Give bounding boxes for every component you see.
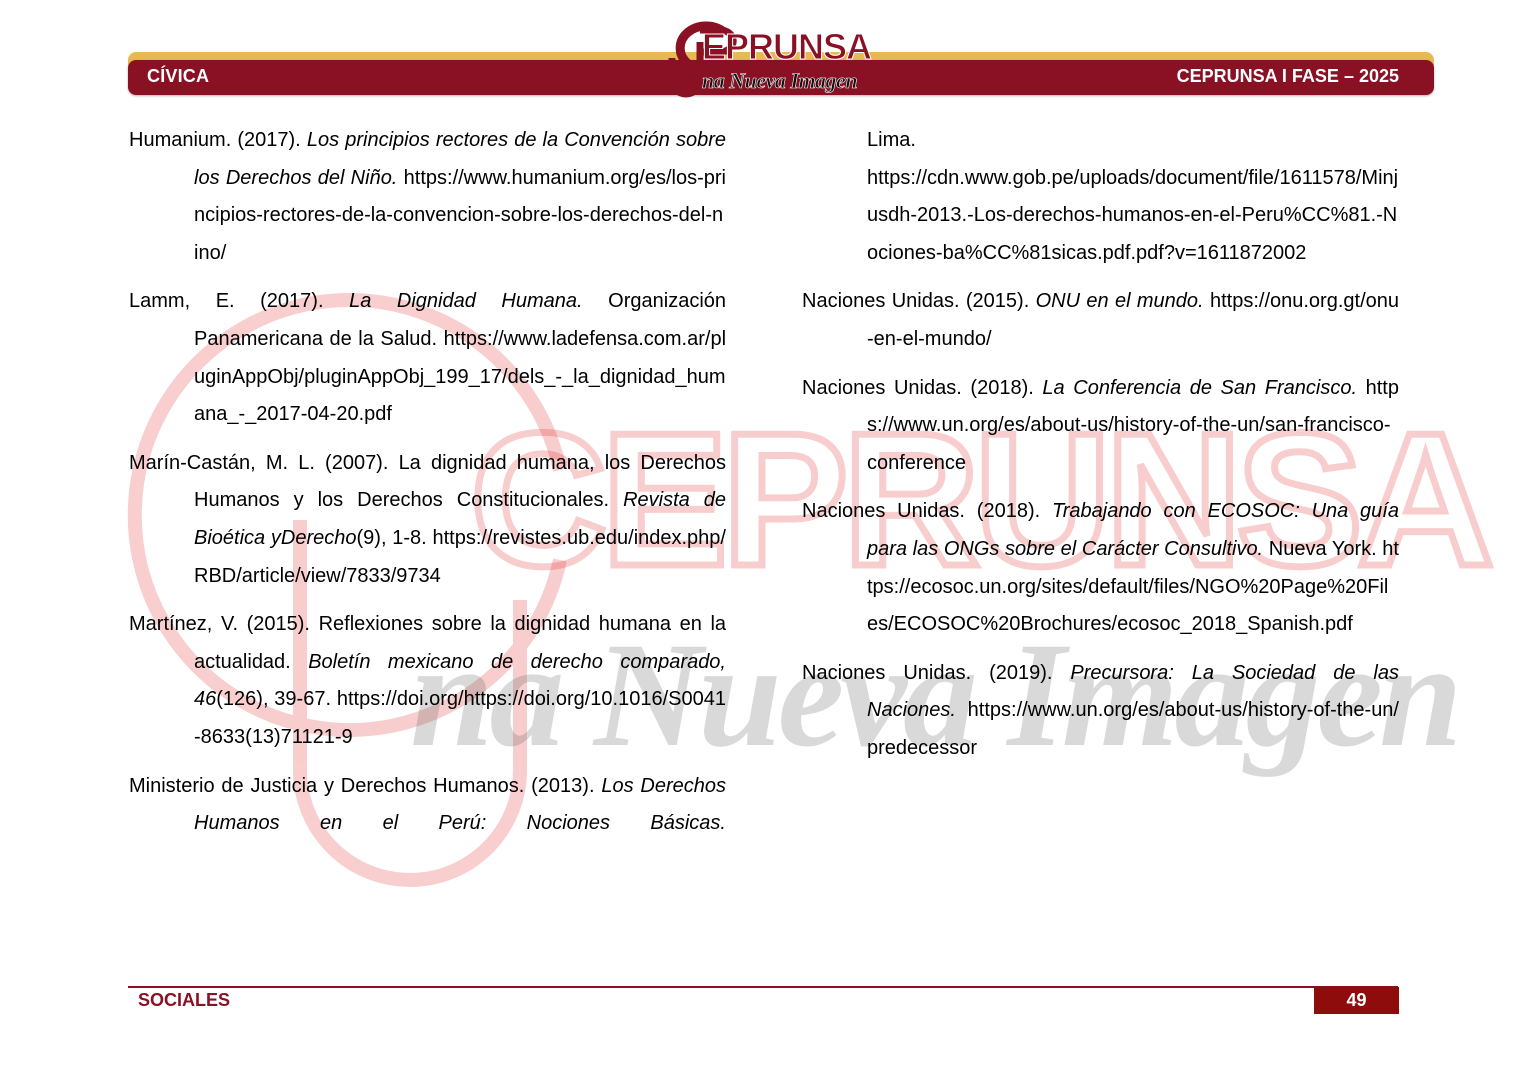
edition-label: CEPRUNSA I FASE – 2025 [1177, 66, 1399, 87]
references-right-column: Lima. https://cdn.www.gob.pe/uploads/doc… [802, 122, 1399, 779]
page-number-badge: 49 [1314, 987, 1399, 1014]
reference-entry: Naciones Unidas. (2015). ONU en el mundo… [802, 283, 1399, 358]
reference-url[interactable]: https://cdn.www.gob.pe/uploads/document/… [867, 167, 1398, 264]
reference-entry: Naciones Unidas. (2018). La Conferencia … [802, 370, 1399, 483]
reference-entry: Lamm, E. (2017). La Dignidad Humana. Org… [129, 283, 726, 433]
reference-entry: Ministerio de Justicia y Derechos Humano… [129, 768, 726, 843]
reference-entry: Humanium. (2017). Los principios rectore… [129, 122, 726, 272]
reference-entry: Marín-Castán, M. L. (2007). La dignidad … [129, 445, 726, 595]
logo-wordmark: EPRUNSA [702, 26, 871, 68]
reference-entry: Naciones Unidas. (2018). Trabajando con … [802, 493, 1399, 643]
footer-section-label: SOCIALES [138, 990, 230, 1011]
reference-continuation: Lima. https://cdn.www.gob.pe/uploads/doc… [802, 122, 1399, 272]
course-label: CÍVICA [147, 66, 209, 87]
reference-entry: Naciones Unidas. (2019). Precursora: La … [802, 655, 1399, 768]
references-left-column: Humanium. (2017). Los principios rectore… [129, 122, 726, 854]
footer-rule [128, 986, 1398, 988]
logo-tagline: na Nueva Imagen [702, 68, 857, 94]
ceprunsa-logo: EPRUNSA na Nueva Imagen [662, 18, 902, 98]
reference-entry: Martínez, V. (2015). Reflexiones sobre l… [129, 606, 726, 756]
